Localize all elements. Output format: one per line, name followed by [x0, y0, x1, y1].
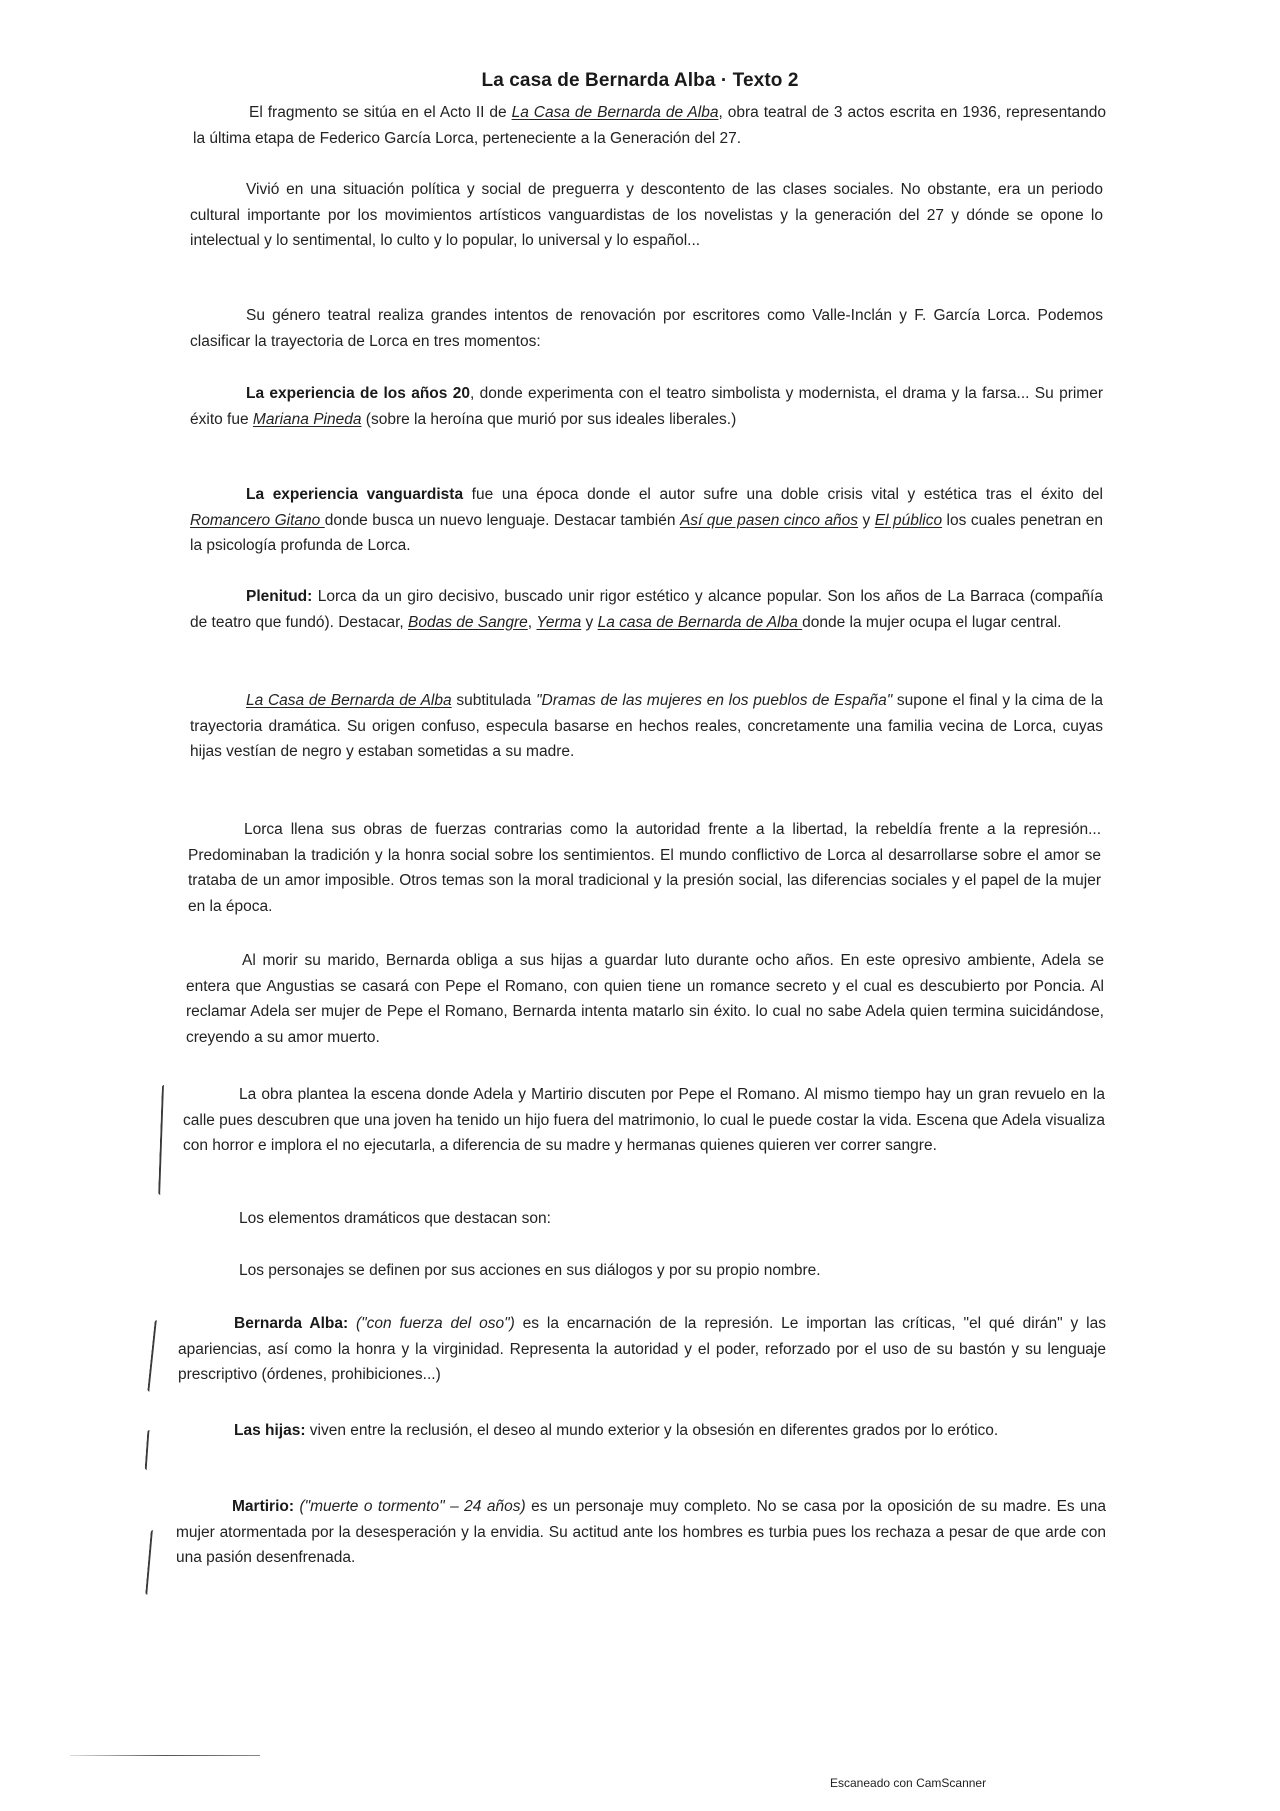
paragraph-stage-2: La experiencia vanguardista fue una époc…	[190, 482, 1103, 559]
paragraph-martirio: Martirio: ("muerte o tormento" – 24 años…	[176, 1494, 1106, 1571]
work-title: El público	[875, 512, 942, 529]
paragraph-stage-3: Plenitud: Lorca da un giro decisivo, bus…	[190, 584, 1103, 635]
paragraph-intro: El fragmento se sitúa en el Acto II de L…	[193, 100, 1106, 151]
character-name: Martirio:	[232, 1498, 294, 1515]
paragraph-scene: La obra plantea la escena donde Adela y …	[183, 1082, 1105, 1159]
margin-bracket-mark	[158, 1085, 167, 1195]
work-title: La Casa de Bernarda de Alba	[246, 692, 452, 709]
text: fue una época donde el autor sufre una d…	[463, 486, 1103, 503]
work-title: Mariana Pineda	[253, 411, 362, 428]
paragraph-genre: Su género teatral realiza grandes intent…	[190, 303, 1103, 354]
text: y	[858, 512, 875, 529]
stage-heading: La experiencia vanguardista	[246, 486, 463, 503]
character-name: Las hijas:	[234, 1422, 306, 1439]
character-meaning: ("muerte o tormento" – 24 años)	[294, 1498, 526, 1515]
work-title: La casa de Bernarda de Alba	[598, 614, 803, 631]
paragraph-context: Vivió en una situación política y social…	[190, 177, 1103, 254]
work-title: Así que pasen cinco años	[680, 512, 858, 529]
work-title: Romancero Gitano	[190, 512, 325, 529]
text: viven entre la reclusión, el deseo al mu…	[306, 1422, 999, 1439]
scan-artifact-line	[70, 1755, 260, 1756]
text: El fragmento se sitúa en el Acto II de	[249, 104, 512, 121]
paragraph-themes: Lorca llena sus obras de fuerzas contrar…	[188, 817, 1101, 919]
scanned-page: La casa de Bernarda Alba · Texto 2 El fr…	[0, 0, 1280, 1811]
stage-heading: Plenitud:	[246, 588, 312, 605]
margin-line-mark	[147, 1320, 159, 1392]
paragraph-plot: Al morir su marido, Bernarda obliga a su…	[186, 948, 1104, 1050]
text: donde la mujer ocupa el lugar central.	[802, 614, 1061, 631]
scanner-watermark: Escaneado con CamScanner	[830, 1776, 986, 1790]
stage-heading: La experiencia de los años 20	[246, 385, 470, 402]
document-title: La casa de Bernarda Alba · Texto 2	[0, 70, 1280, 92]
paragraph-stage-1: La experiencia de los años 20, donde exp…	[190, 381, 1103, 432]
paragraph-daughters: Las hijas: viven entre la reclusión, el …	[178, 1418, 1106, 1444]
paragraph-work: La Casa de Bernarda de Alba subtitulada …	[190, 688, 1103, 765]
work-title: Yerma	[536, 614, 581, 631]
paragraph-characters-intro: Los personajes se definen por sus accion…	[183, 1258, 1096, 1284]
work-title: La Casa de Bernarda de Alba	[512, 104, 719, 121]
paragraph-elements: Los elementos dramáticos que destacan so…	[183, 1206, 1096, 1232]
margin-line-mark	[145, 1430, 153, 1470]
character-name: Bernarda Alba:	[234, 1315, 348, 1332]
text: y	[581, 614, 597, 631]
character-meaning: ("con fuerza del oso")	[348, 1315, 515, 1332]
text: subtitulada	[452, 692, 536, 709]
work-title: Bodas de Sangre	[408, 614, 528, 631]
text: (sobre la heroína que murió por sus idea…	[361, 411, 736, 428]
text: donde busca un nuevo lenguaje. Destacar …	[325, 512, 680, 529]
subtitle-quote: "Dramas de las mujeres en los pueblos de…	[536, 692, 892, 709]
paragraph-bernarda: Bernarda Alba: ("con fuerza del oso") es…	[178, 1311, 1106, 1388]
margin-line-mark	[145, 1530, 156, 1595]
